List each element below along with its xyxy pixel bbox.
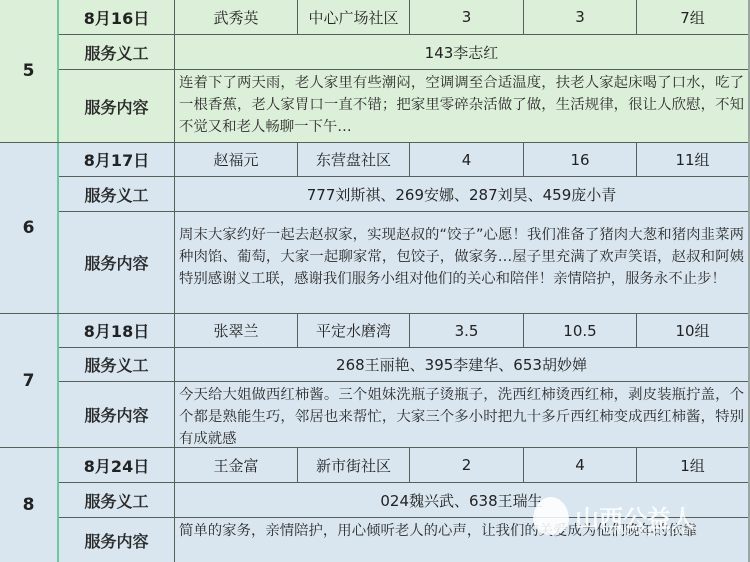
content-cell: 连着下了两天雨，老人家里有些潮闷，空调调至合适温度，扶老人家起床喝了口水，吃了一… xyxy=(175,70,748,142)
hours-cell: 3 xyxy=(410,0,524,35)
record-index: 6 xyxy=(0,143,57,313)
content-label: 服务内容 xyxy=(59,212,175,313)
volunteers-cell: 024魏兴武、638王瑞生 xyxy=(175,483,748,518)
community-cell: 新市街社区 xyxy=(298,448,410,483)
hours-cell: 2 xyxy=(410,448,524,483)
community-cell: 东营盘社区 xyxy=(298,143,410,177)
total-hours-cell: 10.5 xyxy=(524,314,637,348)
community-cell: 平定水磨湾 xyxy=(298,314,410,348)
volunteers-label: 服务义工 xyxy=(59,35,175,70)
content-label: 服务内容 xyxy=(59,518,175,562)
record-block-6: 6 8月17日 赵福元 东营盘社区 4 16 11组 服务义工 777刘斯祺、2… xyxy=(0,143,748,314)
group-cell: 11组 xyxy=(637,143,748,177)
elder-cell: 武秀英 xyxy=(175,0,298,35)
content-label: 服务内容 xyxy=(59,382,175,447)
date-cell: 8月17日 xyxy=(59,143,175,177)
volunteers-label: 服务义工 xyxy=(59,348,175,382)
hours-cell: 4 xyxy=(410,143,524,177)
elder-cell: 王金富 xyxy=(175,448,298,483)
volunteers-cell: 143李志红 xyxy=(175,35,748,70)
total-hours-cell: 16 xyxy=(524,143,637,177)
group-cell: 10组 xyxy=(637,314,748,348)
content-cell: 周末大家约好一起去赵叔家，实现赵叔的“饺子”心愿！我们准备了猪肉大葱和猪肉韭菜两… xyxy=(175,212,748,313)
record-index: 5 xyxy=(0,0,57,142)
content-label: 服务内容 xyxy=(59,70,175,142)
record-index: 7 xyxy=(0,314,57,447)
group-cell: 1组 xyxy=(637,448,748,483)
date-cell: 8月16日 xyxy=(59,0,175,35)
volunteers-label: 服务义工 xyxy=(59,483,175,518)
total-hours-cell: 4 xyxy=(524,448,637,483)
elder-cell: 张翠兰 xyxy=(175,314,298,348)
date-cell: 8月18日 xyxy=(59,314,175,348)
total-hours-cell: 3 xyxy=(524,0,637,35)
content-cell: 今天给大姐做西红柿酱。三个姐妹洗瓶子烫瓶子，洗西红柿烫西红柿，剥皮装瓶拧盖，个个… xyxy=(175,382,748,447)
volunteer-service-table: 5 8月16日 武秀英 中心广场社区 3 3 7组 服务义工 143李志红 服务… xyxy=(0,0,750,562)
volunteers-label: 服务义工 xyxy=(59,177,175,212)
record-block-8: 8 8月24日 王金富 新市街社区 2 4 1组 服务义工 024魏兴武、638… xyxy=(0,448,748,562)
date-cell: 8月24日 xyxy=(59,448,175,483)
elder-cell: 赵福元 xyxy=(175,143,298,177)
volunteers-cell: 777刘斯祺、269安娜、287刘昊、459庞小青 xyxy=(175,177,748,212)
record-block-7: 7 8月18日 张翠兰 平定水磨湾 3.5 10.5 10组 服务义工 268王… xyxy=(0,314,748,448)
community-cell: 中心广场社区 xyxy=(298,0,410,35)
hours-cell: 3.5 xyxy=(410,314,524,348)
record-index: 8 xyxy=(0,448,57,562)
volunteers-cell: 268王丽艳、395李建华、653胡妙婵 xyxy=(175,348,748,382)
group-cell: 7组 xyxy=(637,0,748,35)
record-block-5: 5 8月16日 武秀英 中心广场社区 3 3 7组 服务义工 143李志红 服务… xyxy=(0,0,748,143)
content-cell: 简单的家务，亲情陪护，用心倾听老人的心声，让我们的关爱成为他们晚年的依靠 xyxy=(175,518,748,562)
